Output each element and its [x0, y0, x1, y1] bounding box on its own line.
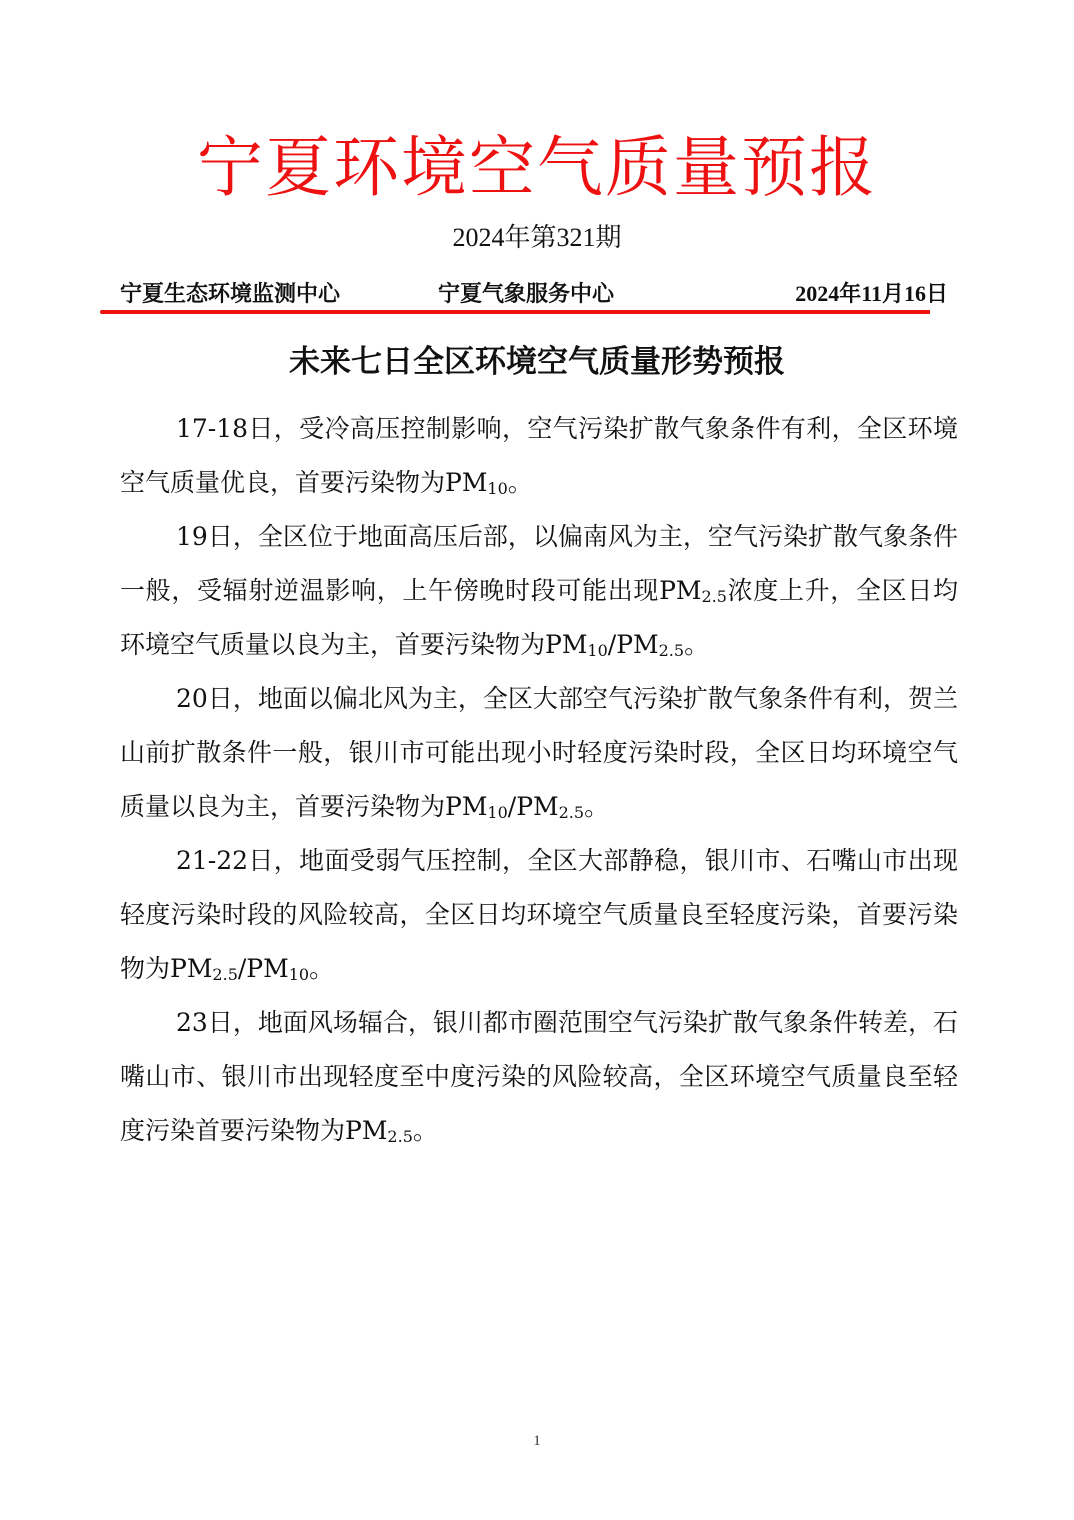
- forecast-body: 17-18日，受冷高压控制影响，空气污染扩散气象条件有利，全区环境空气质量优良，…: [120, 402, 958, 1158]
- section-heading: 未来七日全区环境空气质量形势预报: [0, 338, 1074, 386]
- issuer-row: 宁夏生态环境监测中心 宁夏气象服务中心 2024年11月16日: [120, 278, 950, 310]
- red-divider-rule: [100, 310, 930, 314]
- pollutant-subscript: 2.5: [212, 965, 237, 984]
- pollutant-subscript: 2.5: [659, 641, 684, 660]
- pollutant-subscript: 10: [487, 479, 507, 498]
- forecast-paragraph-23: 23日，地面风场辐合，银川都市圈范围空气污染扩散气象条件转差，石嘴山市、银川市出…: [120, 996, 958, 1158]
- pollutant-subscript: 10: [289, 965, 309, 984]
- issue-date: 2024年11月16日: [795, 278, 948, 310]
- pollutant-subscript: 10: [587, 641, 607, 660]
- issuer-ecology-monitoring-center: 宁夏生态环境监测中心: [120, 278, 340, 310]
- issuer-meteorological-service-center: 宁夏气象服务中心: [438, 278, 614, 310]
- forecast-paragraph-20: 20日，地面以偏北风为主，全区大部空气污染扩散气象条件有利，贺兰山前扩散条件一般…: [120, 672, 958, 834]
- pollutant-subscript: 2.5: [387, 1127, 412, 1146]
- forecast-paragraph-17-18: 17-18日，受冷高压控制影响，空气污染扩散气象条件有利，全区环境空气质量优良，…: [120, 402, 958, 510]
- issue-number: 2024年第321期: [0, 220, 1074, 256]
- page-number: 1: [0, 1433, 1074, 1450]
- pollutant-subscript: 2.5: [702, 587, 727, 606]
- pollutant-subscript: 10: [487, 803, 507, 822]
- pollutant-subscript: 2.5: [559, 803, 584, 822]
- forecast-paragraph-19: 19日，全区位于地面高压后部，以偏南风为主，空气污染扩散气象条件一般，受辐射逆温…: [120, 510, 958, 672]
- forecast-paragraph-21-22: 21-22日，地面受弱气压控制，全区大部静稳，银川市、石嘴山市出现轻度污染时段的…: [120, 834, 958, 996]
- masthead-title: 宁夏环境空气质量预报: [0, 128, 1074, 208]
